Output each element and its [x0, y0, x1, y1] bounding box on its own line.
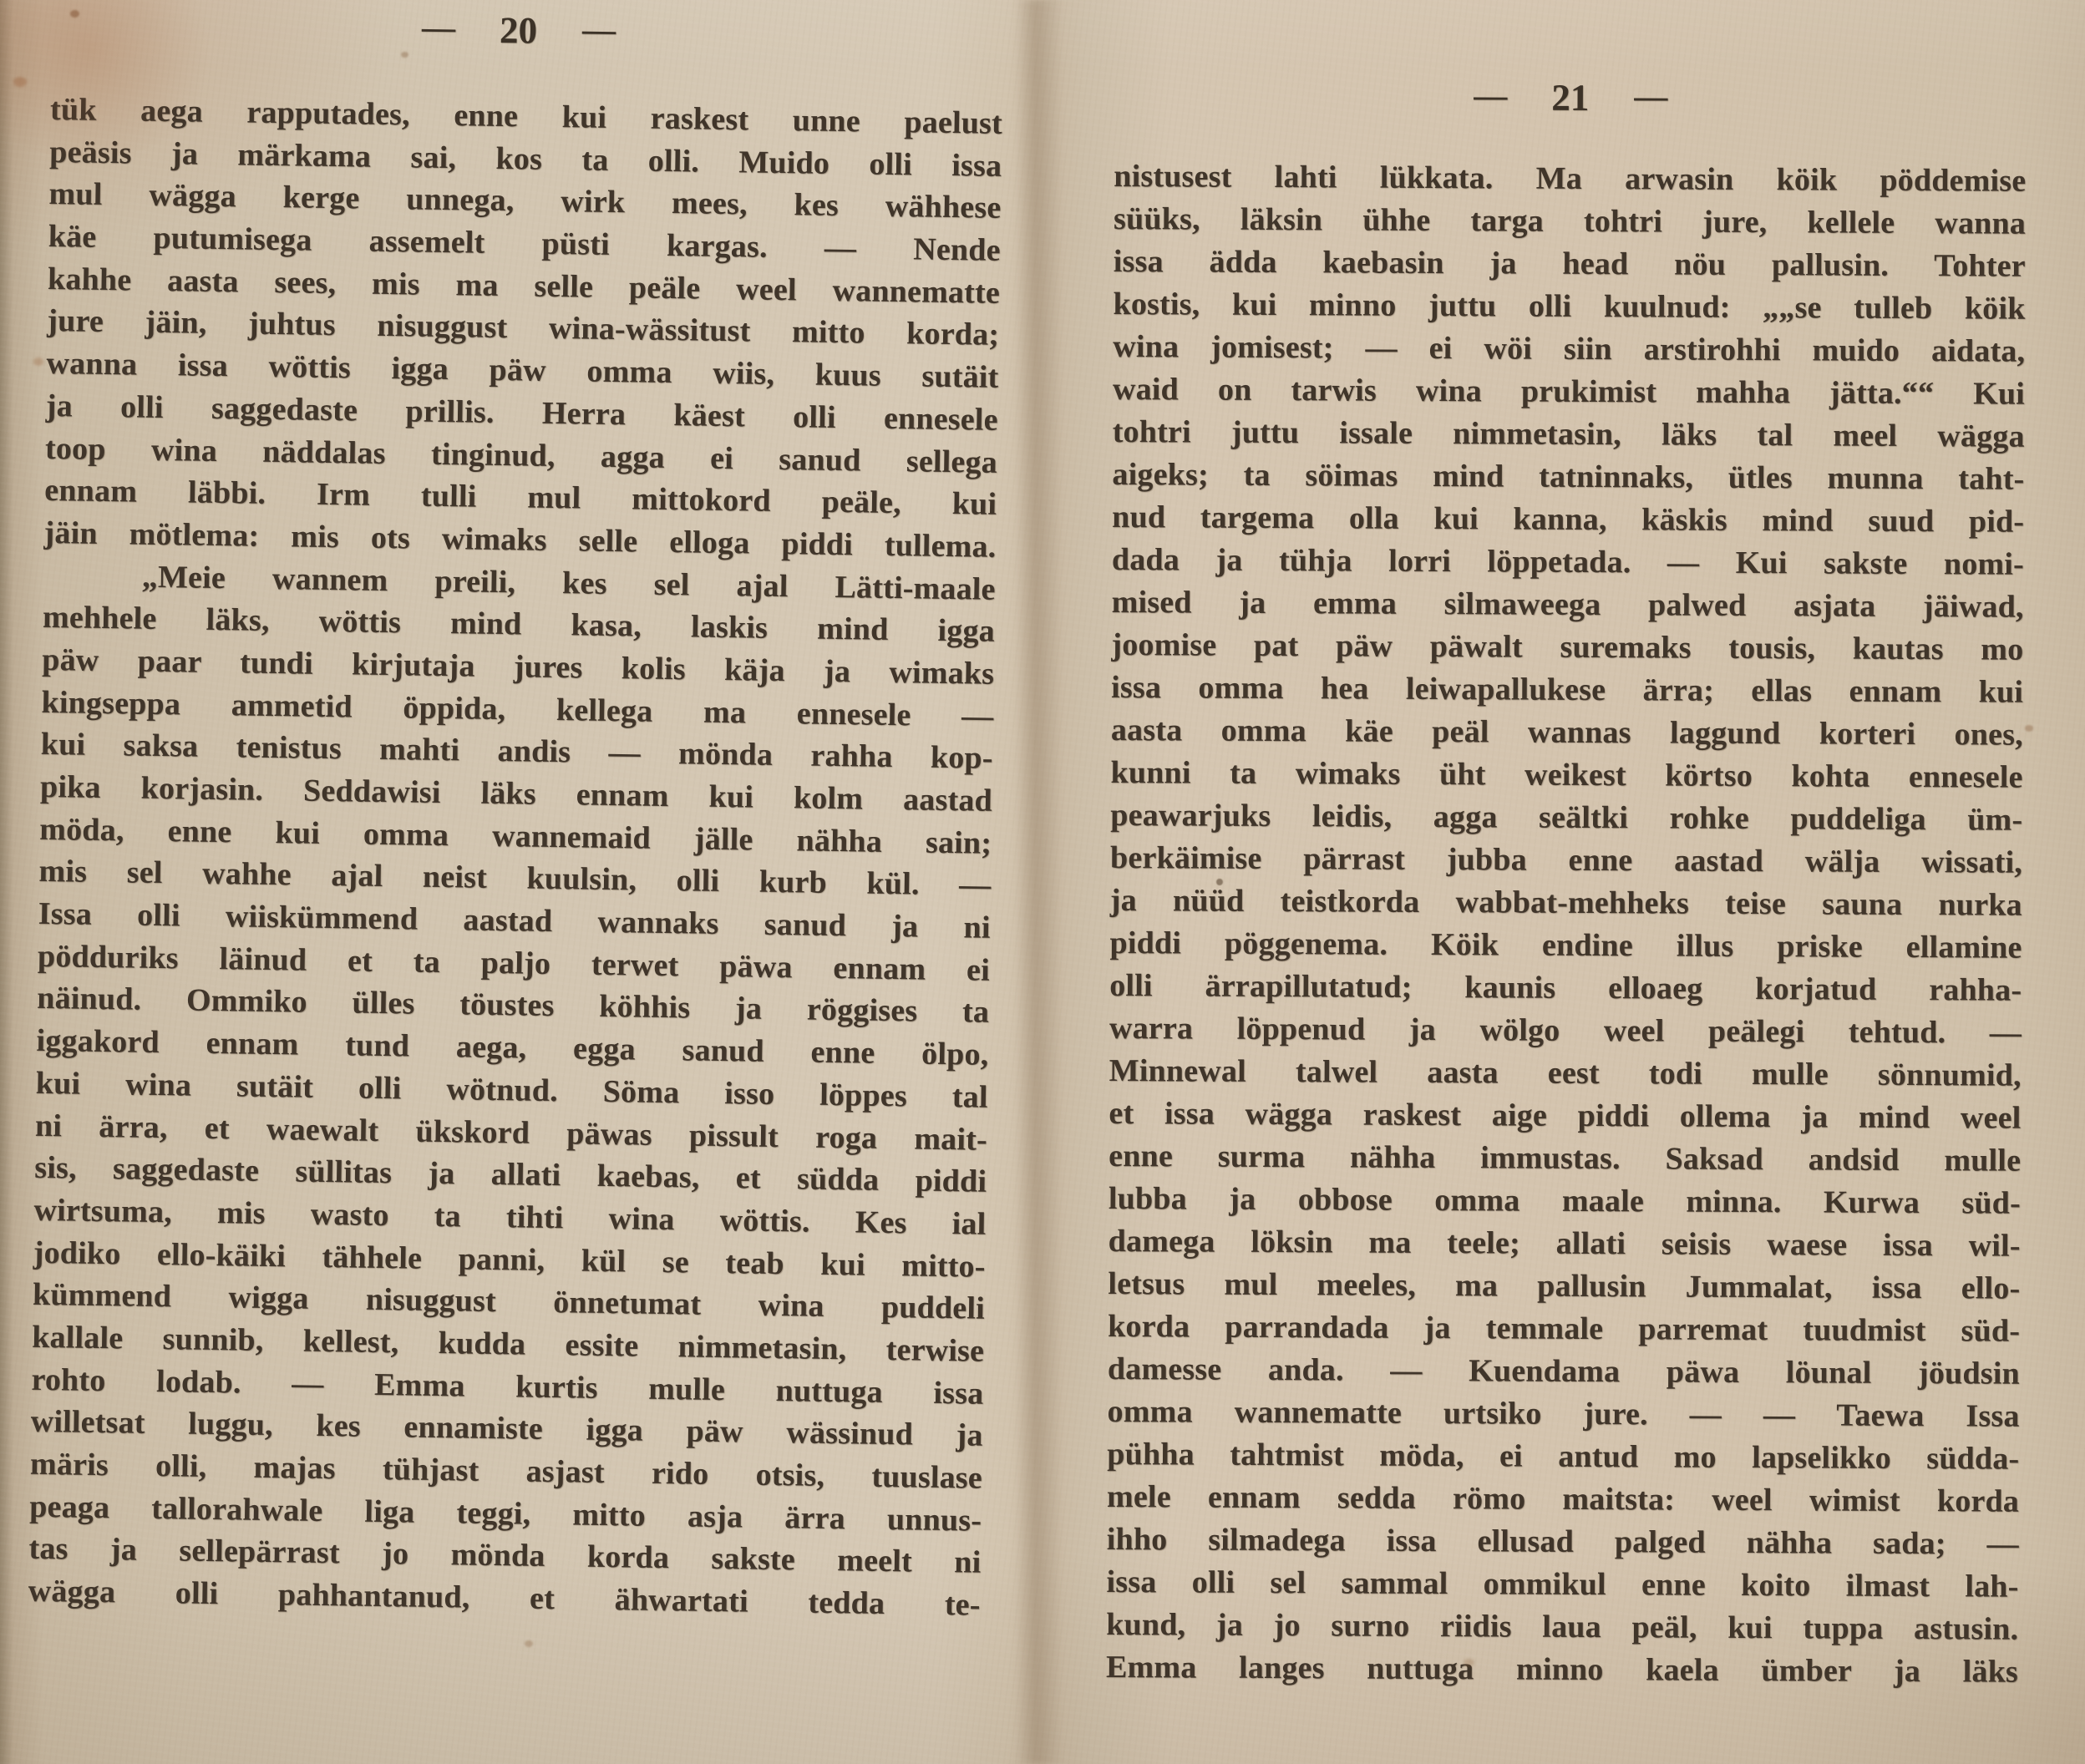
text-line: omma wannematte urtsiko jure. — — Taewa …: [1107, 1391, 2019, 1438]
header-dash-left: —: [1474, 75, 1506, 114]
text-line: aasta omma käe peäl wannas laggund korte…: [1111, 709, 2023, 757]
book-scan: — 20 — tük aega rapputades, enne kui ras…: [0, 0, 2085, 1764]
page-20-text-block: tük aega rapputades, enne kui raskest un…: [28, 89, 1002, 1626]
text-line: warra löppenud ja wölgo weel peälegi teh…: [1109, 1007, 2022, 1055]
text-line: issa omma hea leiwapallukese ärra; ellas…: [1111, 667, 2023, 714]
paper-speck: [13, 77, 27, 87]
text-line: kunni ta wimaks üht weikest körtso kohta…: [1110, 752, 2022, 799]
text-line: letsus mul meeles, ma pallusin Jummalat,…: [1108, 1263, 2020, 1310]
text-line: piddi pöggenema. Köik endine illus prisk…: [1109, 922, 2022, 970]
text-line: olli ärrapillutatud; kaunis elloaeg korj…: [1109, 965, 2022, 1012]
page-20-header: — 20 —: [33, 2, 1004, 59]
text-line: pühha tahtmist möda, ei antud mo lapseli…: [1107, 1433, 2019, 1481]
text-line: dada ja tühja lorri löppetada. — Kui sak…: [1112, 539, 2024, 586]
text-line: enne surma nähha immustas. Saksad andsid…: [1108, 1135, 2021, 1183]
page-21-text-block: nistusest lahti lükkata. Ma arwasin köik…: [1106, 155, 2027, 1694]
text-line: ja nüüd teistkorda wabbat-mehheks teise …: [1110, 879, 2022, 927]
text-line: kostis, kui minno juttu olli kuulnud: „„…: [1113, 283, 2025, 331]
page-gutter-crease: [1016, 0, 1063, 1764]
text-line: et issa wägga raskest aige piddi ollema …: [1108, 1092, 2021, 1140]
paper-speck: [33, 357, 43, 366]
text-line: mised ja emma silmaweega palwed asjata j…: [1112, 581, 2024, 629]
page-20-number: 20: [500, 8, 538, 53]
header-dash-left: —: [422, 7, 455, 47]
text-line: tohtri juttu issale nimmetasin, läks tal…: [1113, 411, 2025, 459]
text-line: issa ädda kaebasin ja head nöu pallusin.…: [1114, 241, 2026, 288]
text-line: peawarjuks leidis, agga seältki rohke pu…: [1110, 794, 2022, 842]
text-line: waid on tarwis wina prukimist mahha jätt…: [1113, 368, 2025, 416]
text-line: aigeks; ta söimas mind tatninnaks, ütles…: [1112, 454, 2024, 501]
page-21: — 21 — nistusest lahti lükkata. Ma arwas…: [1106, 73, 2027, 1694]
page-20: — 20 — tük aega rapputades, enne kui ras…: [28, 2, 1003, 1626]
text-line: korda parrandada ja temmale parremat tuu…: [1108, 1305, 2020, 1353]
text-line: damesse anda. — Kuendama päwa löunal jöu…: [1108, 1348, 2020, 1396]
text-line: nud targema olla kui kanna, käskis mind …: [1112, 496, 2024, 544]
text-line: berkäimise pärrast jubba enne aastad wäl…: [1110, 837, 2022, 885]
text-line: lubba ja obbose omma maale minna. Kurwa …: [1108, 1178, 2021, 1225]
text-line: ihho silmadega issa ellusad palged nähha…: [1107, 1518, 2019, 1566]
text-line: Emma langes nuttuga minno kaela ümber ja…: [1106, 1646, 2018, 1694]
text-line: wina jomisest; — ei wöi siin arstirohhi …: [1113, 326, 2025, 373]
text-line: Minnewal talwel aasta eest todi mulle sö…: [1109, 1050, 2022, 1097]
header-dash-right: —: [1634, 76, 1666, 115]
text-line: kund, ja jo surno riidis laua peäl, kui …: [1106, 1604, 2018, 1651]
text-line: damega löksin ma teele; allati seisis wa…: [1108, 1220, 2021, 1268]
text-line: süüks, läksin ühhe targa tohtri jure, ke…: [1114, 198, 2026, 246]
paper-speck: [2025, 725, 2033, 732]
page-21-number: 21: [1551, 76, 1589, 119]
text-line: mele ennam sedda römo maitsta: weel wimi…: [1107, 1476, 2019, 1523]
text-line: issa olli sel sammal ommikul enne koito …: [1106, 1561, 2018, 1609]
paper-speck: [525, 1640, 533, 1647]
text-line: nistusest lahti lükkata. Ma arwasin köik…: [1114, 155, 2026, 203]
page-21-header: — 21 —: [1114, 73, 2027, 122]
text-line: joomise pat päw päwalt suremaks tousis, …: [1111, 624, 2023, 672]
header-dash-right: —: [582, 9, 616, 49]
